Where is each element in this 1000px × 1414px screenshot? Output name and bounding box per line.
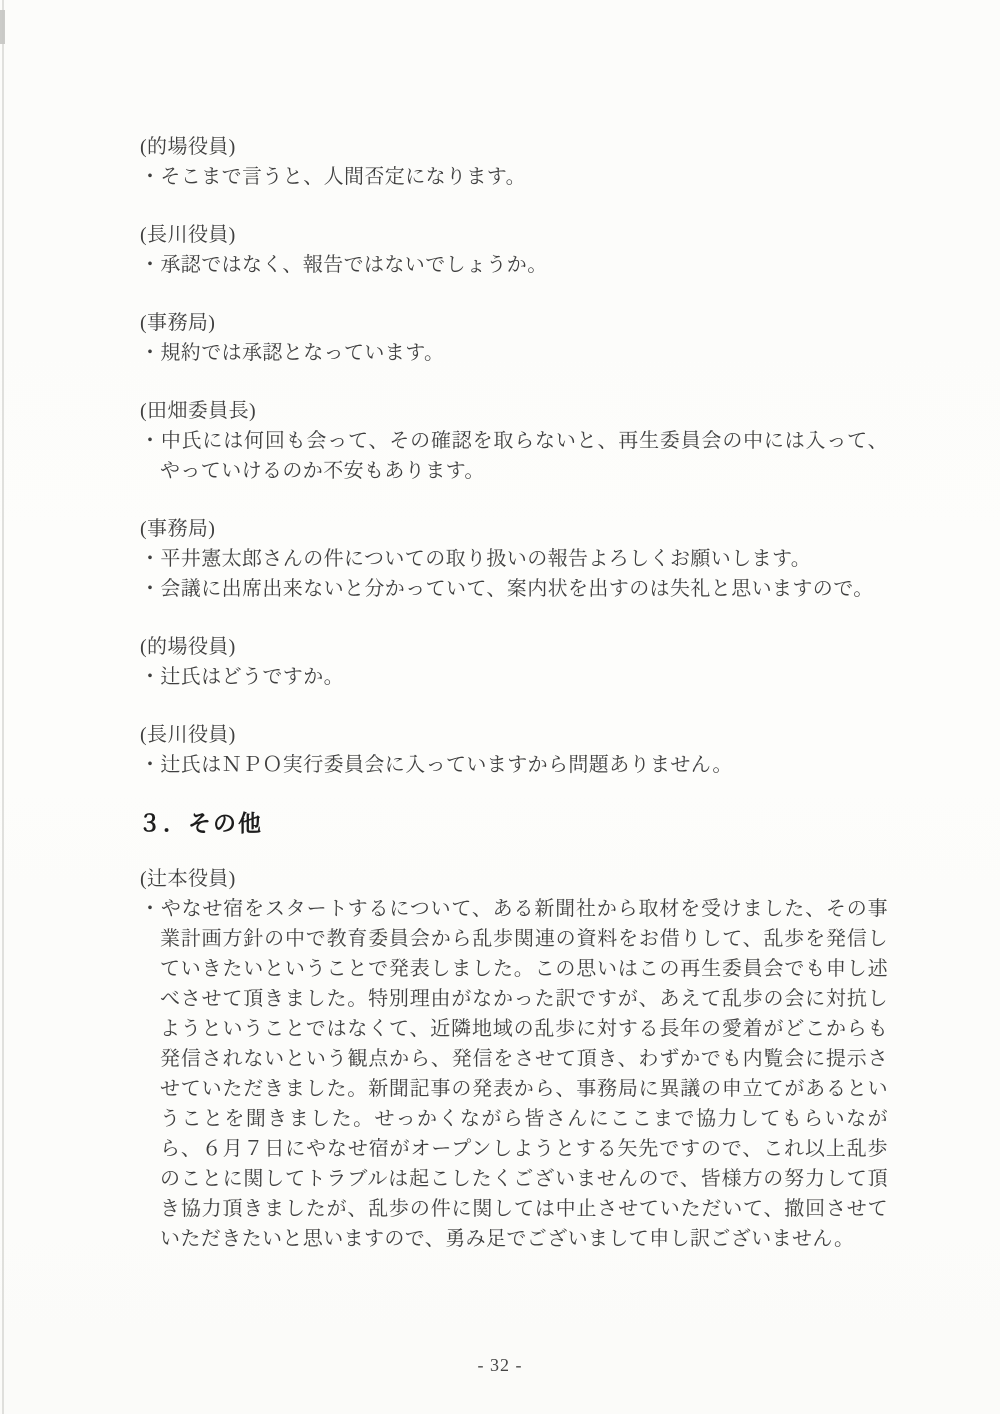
speaker-label: (田畑委員長) (140, 396, 888, 426)
bullet-marker: ・ (140, 166, 160, 188)
bullet-marker: ・ (140, 342, 160, 364)
bullet-text: やなせ宿をスタートするについて、ある新聞社から取材を受けました、その事業計画方針… (160, 898, 888, 1250)
section-heading: ３．その他 (138, 808, 888, 838)
bullet-text: 平井憲太郎さんの件についての取り扱いの報告よろしくお願いします。 (160, 548, 811, 570)
bullet-item: ・承認ではなく、報告ではないでしょうか。 (140, 250, 888, 280)
bullet-text: 承認ではなく、報告ではないでしょうか。 (160, 254, 547, 276)
bullet-item: ・辻氏はどうですか。 (140, 662, 888, 692)
speaker-label: (長川役員) (140, 220, 888, 250)
speaker-label: (的場役員) (140, 632, 888, 662)
bullet-text: 辻氏はＮＰＯ実行委員会に入っていますから問題ありません。 (160, 754, 732, 776)
scan-artifact-edge-line (2, 0, 4, 1414)
bullet-marker: ・ (140, 666, 160, 688)
bullet-marker: ・ (140, 578, 160, 600)
page-number: - 32 - (0, 1355, 1000, 1376)
speech-block: (事務局) ・規約では承認となっています。 (140, 308, 888, 368)
speaker-label: (長川役員) (140, 720, 888, 750)
speaker-label: (辻本役員) (140, 864, 888, 894)
bullet-marker: ・ (140, 548, 160, 570)
bullet-text: 辻氏はどうですか。 (160, 666, 344, 688)
bullet-text: 中氏には何回も会って、その確認を取らないと、再生委員会の中には入って、やっていけ… (160, 430, 888, 482)
bullet-text: 規約では承認となっています。 (160, 342, 444, 364)
bullet-text: 会議に出席出来ないと分かっていて、案内状を出すのは失礼と思いますので。 (160, 578, 873, 600)
bullet-item: ・中氏には何回も会って、その確認を取らないと、再生委員会の中には入って、やってい… (140, 426, 888, 486)
bullet-marker: ・ (140, 898, 161, 920)
speech-block: (長川役員) ・承認ではなく、報告ではないでしょうか。 (140, 220, 888, 280)
bullet-item: ・会議に出席出来ないと分かっていて、案内状を出すのは失礼と思いますので。 (140, 574, 888, 604)
speaker-label: (事務局) (140, 514, 888, 544)
bullet-item: ・辻氏はＮＰＯ実行委員会に入っていますから問題ありません。 (140, 750, 888, 780)
bullet-marker: ・ (140, 430, 161, 452)
speech-block: (的場役員) ・そこまで言うと、人間否定になります。 (140, 132, 888, 192)
bullet-item: ・そこまで言うと、人間否定になります。 (140, 162, 888, 192)
speech-block: (長川役員) ・辻氏はＮＰＯ実行委員会に入っていますから問題ありません。 (140, 720, 888, 780)
bullet-text: そこまで言うと、人間否定になります。 (160, 166, 526, 188)
bullet-item: ・平井憲太郎さんの件についての取り扱いの報告よろしくお願いします。 (140, 544, 888, 574)
speech-block: (辻本役員) ・やなせ宿をスタートするについて、ある新聞社から取材を受けました、… (140, 864, 888, 1254)
document-body: (的場役員) ・そこまで言うと、人間否定になります。 (長川役員) ・承認ではな… (140, 132, 888, 1282)
bullet-marker: ・ (140, 254, 160, 276)
speech-block: (事務局) ・平井憲太郎さんの件についての取り扱いの報告よろしくお願いします。 … (140, 514, 888, 604)
speech-block: (田畑委員長) ・中氏には何回も会って、その確認を取らないと、再生委員会の中には… (140, 396, 888, 486)
bullet-item: ・規約では承認となっています。 (140, 338, 888, 368)
speaker-label: (的場役員) (140, 132, 888, 162)
scanned-document-page: (的場役員) ・そこまで言うと、人間否定になります。 (長川役員) ・承認ではな… (0, 0, 1000, 1414)
speech-block: (的場役員) ・辻氏はどうですか。 (140, 632, 888, 692)
bullet-item: ・やなせ宿をスタートするについて、ある新聞社から取材を受けました、その事業計画方… (140, 894, 888, 1254)
bullet-marker: ・ (140, 754, 160, 776)
speaker-label: (事務局) (140, 308, 888, 338)
